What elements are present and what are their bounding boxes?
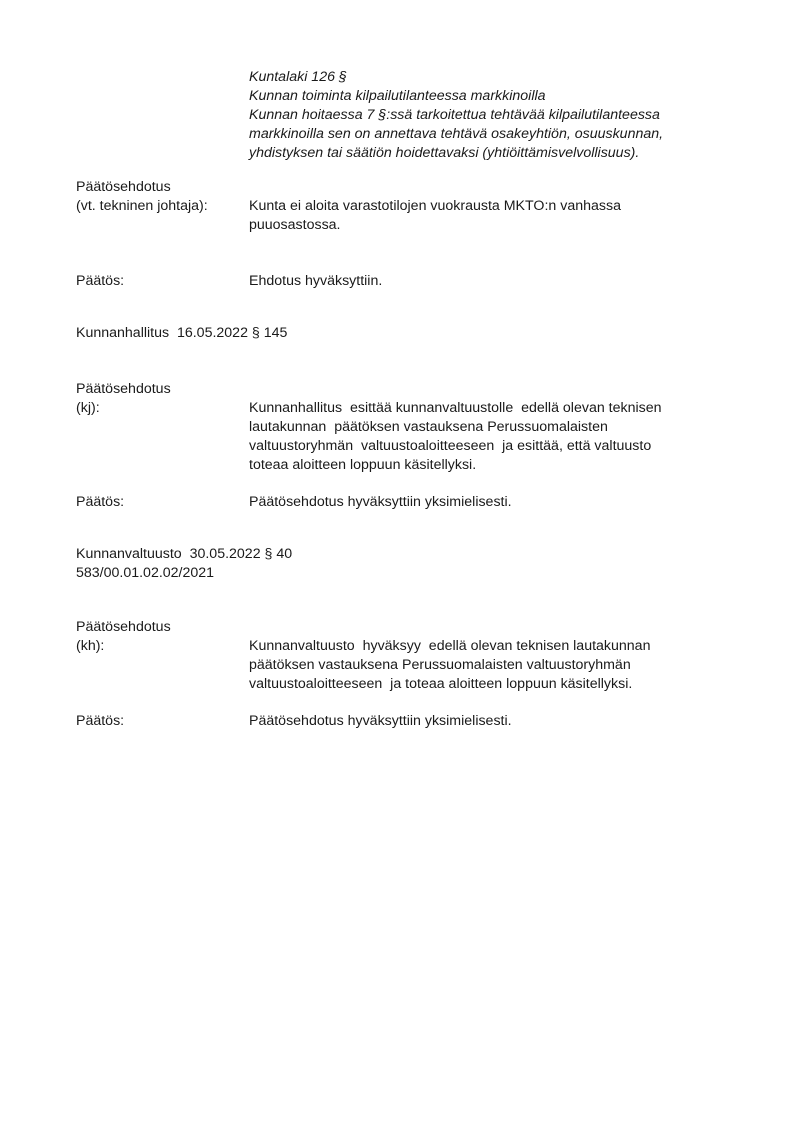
- proposal-label: Päätösehdotus: [76, 178, 171, 197]
- decision-label: Päätös:: [76, 493, 124, 512]
- proposal-author-label: (vt. tekninen johtaja):: [76, 197, 208, 216]
- proposal-text: Kunnanvaltuusto hyväksyy edellä olevan t…: [249, 637, 650, 656]
- decision-text: Päätösehdotus hyväksyttiin yksimielisest…: [249, 712, 512, 731]
- law-quote-line: markkinoilla sen on annettava tehtävä os…: [249, 125, 663, 144]
- proposal-text: valtuustoaloitteeseen ja toteaa aloittee…: [249, 675, 632, 694]
- proposal-text: lautakunnan päätöksen vastauksena Peruss…: [249, 418, 608, 437]
- section-heading: Kunnanhallitus 16.05.2022 § 145: [76, 324, 287, 343]
- law-quote-line: yhdistyksen tai säätiön hoidettavaksi (y…: [249, 144, 639, 163]
- proposal-text: toteaa aloitteen loppuun käsitellyksi.: [249, 456, 476, 475]
- proposal-author-label: (kh):: [76, 637, 104, 656]
- proposal-label: Päätösehdotus: [76, 618, 171, 637]
- law-quote-line: Kunnan hoitaessa 7 §:ssä tarkoitettua te…: [249, 106, 660, 125]
- decision-text: Päätösehdotus hyväksyttiin yksimielisest…: [249, 493, 512, 512]
- proposal-author-label: (kj):: [76, 399, 100, 418]
- reference-number: 583/00.01.02.02/2021: [76, 564, 214, 583]
- proposal-label: Päätösehdotus: [76, 380, 171, 399]
- proposal-text: puuosastossa.: [249, 216, 341, 235]
- proposal-text: Kunta ei aloita varastotilojen vuokraust…: [249, 197, 621, 216]
- decision-text: Ehdotus hyväksyttiin.: [249, 272, 382, 291]
- decision-label: Päätös:: [76, 272, 124, 291]
- proposal-text: päätöksen vastauksena Perussuomalaisten …: [249, 656, 631, 675]
- proposal-text: Kunnanhallitus esittää kunnanvaltuustoll…: [249, 399, 662, 418]
- proposal-text: valtuustoryhmän valtuustoaloitteeseen ja…: [249, 437, 651, 456]
- law-quote-title: Kuntalaki 126 §: [249, 68, 347, 87]
- decision-label: Päätös:: [76, 712, 124, 731]
- law-quote-subtitle: Kunnan toiminta kilpailutilanteessa mark…: [249, 87, 546, 106]
- section-heading: Kunnanvaltuusto 30.05.2022 § 40: [76, 545, 292, 564]
